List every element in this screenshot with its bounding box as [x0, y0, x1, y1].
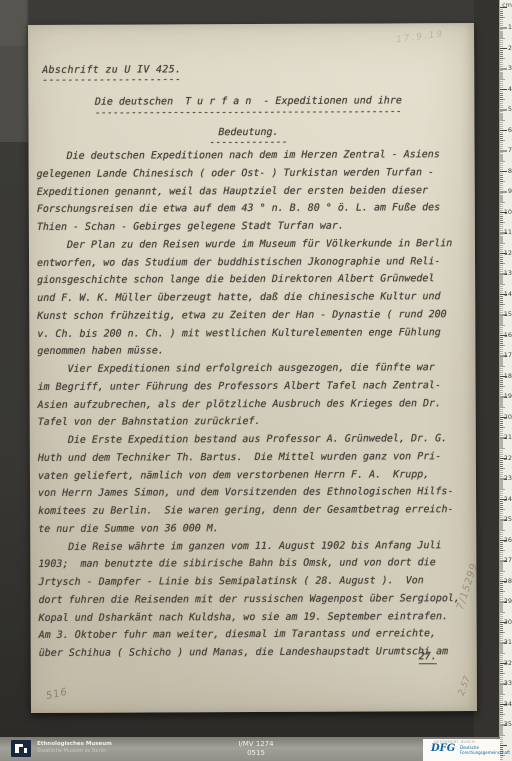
doc-title-underline: ----------------------------------------…	[36, 106, 460, 119]
ruler-number: 15	[504, 311, 512, 318]
scanned-document-view: 17.9.19 Abschrift zu U IV 425. ---------…	[0, 0, 512, 761]
typed-line: gionsgeschichte schon lange die beiden D…	[37, 273, 469, 293]
pencil-date-annotation: 17.9.19	[396, 29, 445, 45]
typed-line: von Herrn James Simon, und dem Vorsitzen…	[38, 486, 470, 506]
ruler-number: 9	[508, 188, 512, 195]
document-page: 17.9.19 Abschrift zu U IV 425. ---------…	[28, 23, 477, 713]
typed-line: te nur die Summe von 36 000 M.	[38, 522, 470, 542]
background-mat-patch-light	[0, 0, 26, 46]
typed-line: Der Plan zu den Reisen wurde im Museum f…	[37, 238, 469, 258]
ruler-number: 2	[508, 45, 512, 52]
typed-line: Thien - Schan - Gebirges gelegene Stadt …	[37, 220, 469, 240]
ruler-number: 29	[504, 598, 512, 605]
ruler-number: 27	[504, 557, 512, 564]
museum-caption: Ethnologisches Museum Staatliche Museen …	[37, 741, 112, 754]
typed-line: Asien aufzubrechen, als der plötzliche A…	[38, 398, 470, 418]
typed-line: vaten geliefert, nämlich von dem verstor…	[38, 469, 470, 489]
typed-line: Die Reise währte im ganzen vom 11. Augus…	[38, 540, 470, 560]
typed-line: v. Ch. bis 200 n. Ch. ) mit westlichen K…	[37, 327, 469, 347]
ruler-number: 23	[504, 475, 512, 482]
ruler-number: 10	[504, 209, 512, 216]
typed-line: Vier Expeditionen sind erfolgreich ausge…	[37, 362, 469, 382]
typed-line: dort fuhren die Reisenden mit der russis…	[38, 593, 470, 613]
page-catchword: 27.	[419, 651, 437, 664]
ruler-number: 4	[508, 86, 512, 93]
ruler-number: 26	[504, 537, 512, 544]
document-body-text: Die deutschen Expeditionen nach dem im H…	[37, 149, 471, 666]
ruler-ticks	[500, 0, 512, 761]
ruler-number: 7	[508, 147, 512, 154]
ruler-number: 6	[508, 127, 512, 134]
typed-line: Expeditionen genannt, weil das Hauptziel…	[37, 185, 469, 205]
museum-name: Ethnologisches Museum	[37, 741, 112, 748]
typed-line: genommen haben müsse.	[37, 344, 469, 364]
scan-page-number: 0515	[180, 749, 332, 758]
footer-bar: Ethnologisches Museum Staatliche Museen …	[0, 737, 500, 761]
ruler-number: 34	[504, 701, 512, 708]
pencil-small-annotation: 2.57	[457, 675, 473, 697]
ruler-number: 28	[504, 578, 512, 585]
typed-line: und F. W. K. Müller überzeugt hatte, daß…	[37, 291, 469, 311]
ruler-number: 35	[504, 721, 512, 728]
typed-line: Kopal und Dsharkänt nach Kuldsha, wo sie…	[39, 611, 471, 631]
typed-line: Am 3. Oktober fuhr man weiter, diesmal i…	[39, 628, 471, 648]
typed-line: Kunst schon frühzeitig, etwa zu Zeiten d…	[37, 309, 469, 329]
typed-line: komitees zu Berlin. Sie waren gering, de…	[38, 504, 470, 524]
typed-line: entworfen, wo das Studium der buddhistis…	[37, 256, 469, 276]
dfg-logo-box: GEFÖRDERT DURCH DFG Deutsche Forschungsg…	[423, 739, 500, 761]
ruler-number: 16	[504, 332, 512, 339]
ruler-number: 5	[508, 106, 512, 113]
ruler-number: 8	[508, 168, 512, 175]
typed-line: 1903; man benutzte die sibirische Bahn b…	[38, 557, 470, 577]
typed-line: Huth und dem Techniker Th. Bartus. Die M…	[38, 451, 470, 471]
shelfmark: I/MV 1274	[180, 740, 332, 749]
ruler-number: 21	[504, 434, 512, 441]
ruler-number: 19	[504, 393, 512, 400]
typed-line: Jrtysch - Dampfer - Linie bis Semipalati…	[38, 575, 470, 595]
ruler-number: 14	[504, 291, 512, 298]
doc-reference-underline: ----------------------	[42, 74, 181, 86]
museum-logo-icon	[11, 740, 31, 757]
ruler-number: 11	[504, 229, 512, 236]
pencil-folio-number: 516	[45, 687, 69, 702]
ruler-number: 22	[504, 455, 512, 462]
ruler-number: 20	[504, 414, 512, 421]
background-mat-right	[474, 0, 500, 761]
typed-line: Die Erste Expedition bestand aus Profess…	[38, 433, 470, 453]
ruler-number: 32	[504, 660, 512, 667]
typed-line: im Begriff, unter Führung des Professors…	[38, 380, 470, 400]
ruler-number: 18	[504, 373, 512, 380]
ruler-number: 13	[504, 270, 512, 277]
ruler-number: 31	[504, 639, 512, 646]
ruler-number: 25	[504, 516, 512, 523]
dfg-logo: DFG	[431, 743, 455, 754]
ruler-number: 17	[504, 352, 512, 359]
typed-line: Die deutschen Expeditionen nach dem im H…	[37, 149, 469, 169]
footer-center-block: I/MV 1274 0515	[180, 740, 332, 758]
typed-line: Tafel von der Bahnstation zurückrief.	[38, 415, 470, 435]
ruler-number: 3	[508, 65, 512, 72]
ruler-number: 12	[504, 250, 512, 257]
typed-line: Forschungsreisen die etwa auf dem 43 ° n…	[37, 202, 469, 222]
ruler-number: 24	[504, 496, 512, 503]
scan-ruler: cm 1234567891011121314151617181920212223…	[499, 0, 512, 761]
ruler-number: 1	[508, 24, 512, 31]
ruler-number: 33	[504, 680, 512, 687]
ruler-unit-label: cm	[502, 1, 512, 9]
typed-line: gelegenen Lande Chinesisch ( oder Ost- )…	[37, 167, 469, 187]
dfg-name-line2: Forschungsgemeinschaft	[460, 751, 510, 756]
typed-line: über Schihua ( Schicho ) und Manas, die …	[39, 646, 471, 666]
doc-subtitle-underline: -------------	[36, 136, 460, 149]
dfg-full-name: Deutsche Forschungsgemeinschaft	[460, 746, 510, 755]
museum-subtitle: Staatliche Museen zu Berlin	[37, 748, 112, 754]
ruler-number: 30	[504, 619, 512, 626]
